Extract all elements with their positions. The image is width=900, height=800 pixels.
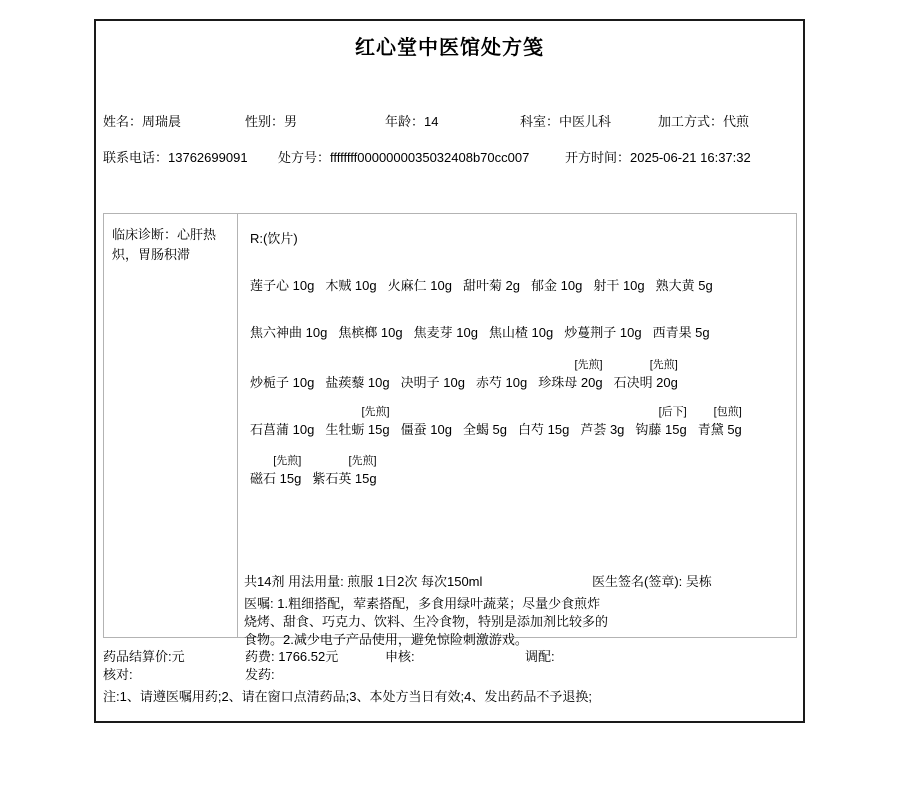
issue-time-field: 开方时间：2025-06-21 16:37:32 — [565, 150, 751, 166]
doctor-advice: 医嘱: 1.粗细搭配，荤素搭配，多食用绿叶蔬菜；尽量少食煎炸烧烤、甜食、巧克力、… — [244, 595, 608, 649]
processing-method-label: 加工方式： — [658, 114, 723, 129]
prescription-number-label: 处方号： — [278, 150, 330, 165]
processing-method-value: 代煎 — [723, 114, 749, 129]
herb-name-dose: 磁石 15g — [250, 470, 301, 488]
prescription-cell: R:(饮片) 莲子心 10g木贼 10g火麻仁 10g甜叶菊 2g郁金 10g射… — [238, 214, 796, 637]
herb-item: 全蝎 5g — [463, 421, 507, 439]
settlement-price-label: 药品结算价: — [103, 649, 172, 664]
drug-fee-value: 1766.52元 — [278, 649, 338, 664]
herb-item: 炒蔓荆子 10g — [564, 324, 641, 342]
herb-item: 焦麦芽 10g — [414, 324, 478, 342]
patient-age-value: 14 — [424, 114, 438, 129]
settlement-price-field: 药品结算价:元 — [103, 649, 185, 665]
herb-name-dose: 西青果 5g — [653, 324, 710, 342]
patient-gender-label: 性别： — [245, 114, 284, 129]
dispense-prep-label: 调配: — [525, 649, 555, 664]
herb-item: 西青果 5g — [653, 324, 710, 342]
herb-name-dose: 赤芍 10g — [476, 374, 527, 392]
herb-decoction-tag: [包煎] — [714, 403, 742, 421]
footer-note: 注:1、请遵医嘱用药;2、请在窗口点清药品;3、本处方当日有效;4、发出药品不予… — [103, 686, 592, 705]
dispense-prep-field: 调配: — [525, 649, 555, 665]
phone-value: 13762699091 — [168, 150, 248, 165]
prescription-table: 临床诊断：心肝热炽，胃肠积滞 R:(饮片) 莲子心 10g木贼 10g火麻仁 1… — [103, 213, 797, 638]
herb-name-dose: 石决明 20g — [614, 374, 678, 392]
herb-line: [先煎]磁石 15g[先煎]紫石英 15g — [250, 452, 794, 488]
prescription-number-field: 处方号：ffffffff0000000035032408b70cc007 — [278, 150, 529, 166]
herb-item: 决明子 10g — [401, 374, 465, 392]
diagnosis-label: 临床诊断： — [112, 227, 177, 242]
herb-item: 石菖蒲 10g — [250, 421, 314, 439]
herb-item: [先煎]石决明 20g — [614, 356, 678, 392]
settlement-price-value: 元 — [172, 649, 185, 664]
herb-item: 炒栀子 10g — [250, 374, 314, 392]
herb-decoction-tag: [先煎] — [362, 403, 390, 421]
herb-item: [先煎]磁石 15g — [250, 452, 301, 488]
herb-item: 僵蚕 10g — [401, 421, 452, 439]
herb-line: 石菖蒲 10g[先煎]生牡蛎 15g僵蚕 10g全蝎 5g白芍 15g芦荟 3g… — [250, 403, 794, 439]
herb-decoction-tag: [先煎] — [273, 452, 301, 470]
herb-item: 焦六神曲 10g — [250, 324, 327, 342]
doctor-signature-label: 医生签名(签章): — [592, 574, 686, 589]
rx-header: R:(饮片) — [250, 228, 298, 247]
issue-time-value: 2025-06-21 16:37:32 — [630, 150, 751, 165]
patient-age-label: 年龄： — [385, 114, 424, 129]
herb-name-dose: 炒蔓荆子 10g — [564, 324, 641, 342]
herb-item: 木贼 10g — [325, 277, 376, 295]
herb-name-dose: 全蝎 5g — [463, 421, 507, 439]
patient-gender-value: 男 — [284, 114, 297, 129]
patient-name-label: 姓名： — [103, 114, 142, 129]
herb-item: 郁金 10g — [531, 277, 582, 295]
herb-item: 盐蒺藜 10g — [325, 374, 389, 392]
herb-decoction-tag: [先煎] — [349, 452, 377, 470]
drug-fee-label: 药费: — [245, 649, 278, 664]
herb-lines: 莲子心 10g木贼 10g火麻仁 10g甜叶菊 2g郁金 10g射干 10g熟大… — [250, 277, 794, 488]
patient-name-field: 姓名：周瑞晨 — [103, 114, 181, 130]
review-label: 申核: — [385, 649, 415, 664]
herb-name-dose: 焦六神曲 10g — [250, 324, 327, 342]
herb-name-dose: 生牡蛎 15g — [325, 421, 389, 439]
department-label: 科室： — [520, 114, 559, 129]
herb-decoction-tag: [后下] — [659, 403, 687, 421]
herb-item: 射干 10g — [593, 277, 644, 295]
herb-name-dose: 白芍 15g — [518, 421, 569, 439]
herb-name-dose: 僵蚕 10g — [401, 421, 452, 439]
clinical-diagnosis-cell: 临床诊断：心肝热炽，胃肠积滞 — [104, 214, 238, 637]
herb-line: 焦六神曲 10g焦槟榔 10g焦麦芽 10g焦山楂 10g炒蔓荆子 10g西青果… — [250, 324, 794, 342]
herb-name-dose: 焦麦芽 10g — [414, 324, 478, 342]
herb-name-dose: 珍珠母 20g — [538, 374, 602, 392]
herb-name-dose: 盐蒺藜 10g — [325, 374, 389, 392]
doctor-signature-value: 吴栋 — [686, 574, 712, 589]
processing-method-field: 加工方式：代煎 — [658, 114, 749, 130]
herb-item: 焦山楂 10g — [489, 324, 553, 342]
herb-item: 火麻仁 10g — [388, 277, 452, 295]
herb-item: [包煎]青黛 5g — [698, 403, 742, 439]
herb-name-dose: 决明子 10g — [401, 374, 465, 392]
herb-name-dose: 紫石英 15g — [312, 470, 376, 488]
herb-name-dose: 芦荟 3g — [580, 421, 624, 439]
herb-name-dose: 木贼 10g — [325, 277, 376, 295]
phone-label: 联系电话： — [103, 150, 168, 165]
review-field: 申核: — [385, 649, 415, 665]
patient-age-field: 年龄：14 — [385, 114, 438, 130]
issue-time-label: 开方时间： — [565, 150, 630, 165]
patient-gender-field: 性别：男 — [245, 114, 297, 130]
herb-name-dose: 青黛 5g — [698, 421, 742, 439]
herb-name-dose: 郁金 10g — [531, 277, 582, 295]
herb-name-dose: 火麻仁 10g — [388, 277, 452, 295]
department-value: 中医儿科 — [559, 114, 611, 129]
herb-decoction-tag: [先煎] — [574, 356, 602, 374]
herb-item: 莲子心 10g — [250, 277, 314, 295]
herb-line: 莲子心 10g木贼 10g火麻仁 10g甜叶菊 2g郁金 10g射干 10g熟大… — [250, 277, 794, 295]
department-field: 科室：中医儿科 — [520, 114, 611, 130]
herb-name-dose: 炒栀子 10g — [250, 374, 314, 392]
herb-item: 焦槟榔 10g — [338, 324, 402, 342]
herb-item: [先煎]珍珠母 20g — [538, 356, 602, 392]
prescription-page: 红心堂中医馆处方笺 姓名：周瑞晨 性别：男 年龄：14 科室：中医儿科 加工方式… — [0, 0, 900, 800]
herb-item: 芦荟 3g — [580, 421, 624, 439]
herb-name-dose: 石菖蒲 10g — [250, 421, 314, 439]
herb-name-dose: 射干 10g — [593, 277, 644, 295]
herb-name-dose: 莲子心 10g — [250, 277, 314, 295]
dispense-field: 发药: — [245, 667, 275, 683]
herb-item: [先煎]紫石英 15g — [312, 452, 376, 488]
check-label: 核对: — [103, 667, 133, 682]
herb-name-dose: 熟大黄 5g — [656, 277, 713, 295]
herb-line: 炒栀子 10g盐蒺藜 10g决明子 10g赤芍 10g[先煎]珍珠母 20g[先… — [250, 356, 794, 392]
page-title: 红心堂中医馆处方笺 — [94, 31, 805, 60]
herb-item: [后下]钩藤 15g — [635, 403, 686, 439]
prescription-number-value: ffffffff0000000035032408b70cc007 — [330, 150, 529, 165]
herb-item: [先煎]生牡蛎 15g — [325, 403, 389, 439]
herb-decoction-tag: [先煎] — [650, 356, 678, 374]
herb-item: 熟大黄 5g — [656, 277, 713, 295]
herb-name-dose: 钩藤 15g — [635, 421, 686, 439]
herb-name-dose: 焦槟榔 10g — [338, 324, 402, 342]
check-field: 核对: — [103, 667, 133, 683]
patient-name-value: 周瑞晨 — [142, 114, 181, 129]
drug-fee-field: 药费: 1766.52元 — [245, 649, 338, 665]
usage-line: 共14剂 用法用量: 煎服 1日2次 每次150ml — [244, 571, 482, 590]
herb-name-dose: 焦山楂 10g — [489, 324, 553, 342]
herb-item: 甜叶菊 2g — [463, 277, 520, 295]
dispense-label: 发药: — [245, 667, 275, 682]
phone-field: 联系电话：13762699091 — [103, 150, 248, 166]
herb-item: 白芍 15g — [518, 421, 569, 439]
herb-name-dose: 甜叶菊 2g — [463, 277, 520, 295]
herb-item: 赤芍 10g — [476, 374, 527, 392]
usage-text: 共14剂 用法用量: 煎服 1日2次 每次150ml — [244, 574, 482, 589]
doctor-signature-field: 医生签名(签章): 吴栋 — [592, 571, 712, 590]
